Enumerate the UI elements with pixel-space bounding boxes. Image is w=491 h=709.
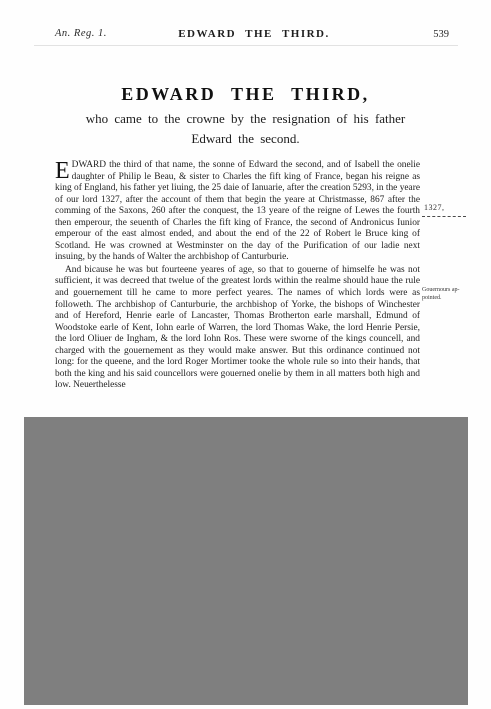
sidenote-year-rule [422, 216, 466, 217]
paragraph-1-text: DWARD the third of that name, the sonne … [55, 160, 420, 262]
sidenote-governors: Gouernours ap- pointed. [422, 287, 486, 302]
sidenote-year: 1327, [424, 203, 468, 212]
chapter-subtitle-line1: who came to the crowne by the resignatio… [0, 111, 491, 127]
chapter-subtitle-line2: Edward the second. [0, 131, 491, 147]
body-text-column: EDWARD the third of that name, the sonne… [55, 160, 420, 392]
paragraph-2: And bicause he was but fourteene yeares … [55, 265, 420, 392]
running-header: An. Reg. 1. EDWARD THE THIRD. 539 [55, 28, 453, 44]
sidenote-governors-line1: Gouernours ap- [422, 287, 486, 295]
header-page-number: 539 [433, 29, 449, 40]
scanned-book-page: An. Reg. 1. EDWARD THE THIRD. 539 EDWARD… [0, 0, 491, 709]
header-running-title: EDWARD THE THIRD. [55, 28, 453, 40]
paragraph-1: EDWARD the third of that name, the sonne… [55, 160, 420, 264]
redaction-block [24, 417, 468, 705]
drop-cap: E [55, 160, 72, 181]
sidenote-governors-line2: pointed. [422, 295, 486, 303]
header-rule [34, 45, 458, 46]
chapter-title: EDWARD THE THIRD, [0, 84, 491, 105]
